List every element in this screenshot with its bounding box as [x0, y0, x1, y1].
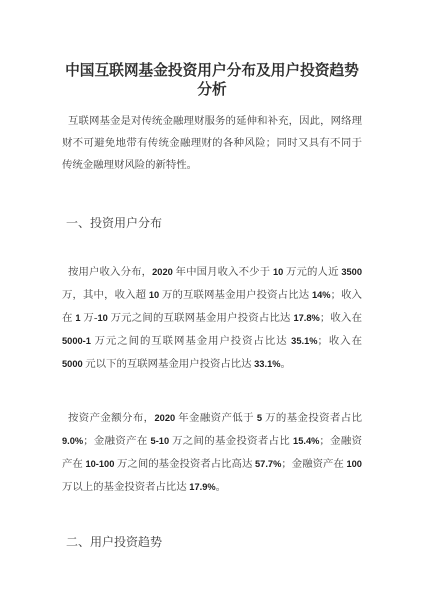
text-run: 万的互联网基金用户投资占比达 [159, 290, 312, 301]
numeric-run: 9.0% [62, 436, 83, 446]
text-run: 元以下的互联网基金用户投资占比达 [83, 359, 254, 370]
section-2-heading: 二、用户投资趋势 [62, 531, 362, 553]
numeric-run: 15.4% [293, 436, 319, 446]
text-run: 一、投资用户分布 [66, 216, 162, 230]
document-body: 互联网基金是对传统金融理财服务的延伸和补充，因此，网络理财不可避免地带有传统金融… [62, 111, 362, 553]
numeric-run: 2020 [155, 413, 176, 423]
numeric-run: 5000-1 [62, 336, 91, 346]
text-run: 万之间的基金投资者占比 [169, 436, 293, 447]
text-run: 万元之间的互联网基金用户投资占比达 [108, 313, 294, 324]
intro-paragraph: 互联网基金是对传统金融理财服务的延伸和补充，因此，网络理财不可避免地带有传统金融… [62, 111, 362, 177]
numeric-run: 100 [346, 459, 362, 469]
numeric-run: 3500 [341, 267, 362, 277]
text-run: 年中国月收入不少于 [173, 267, 273, 278]
text-run: ；收入在 [320, 313, 362, 324]
numeric-run: 5000 [62, 359, 83, 369]
numeric-run: 17.9% [189, 482, 215, 492]
text-run: 。 [216, 482, 226, 493]
text-run: 万元之间的互联网基金用户投资占比达 [91, 336, 291, 347]
numeric-run: 14% [312, 290, 331, 300]
numeric-run: 17.8% [293, 313, 319, 323]
text-run: 。 [281, 359, 291, 370]
text-run: 万元的人近 [283, 267, 341, 278]
text-run: 万以上的基金投资者占比达 [62, 482, 189, 493]
text-run: 按资产金额分布， [68, 413, 155, 424]
numeric-run: 10-100 [85, 459, 114, 469]
numeric-run: 10 [149, 290, 159, 300]
asset-distribution-paragraph: 按资产金额分布，2020 年金融资产低于 5 万的基金投资者占比 9.0%；金融… [62, 407, 362, 499]
document-page: 中国互联网基金投资用户分布及用户投资趋势分析 互联网基金是对传统金融理财服务的延… [0, 0, 424, 600]
text-run: 万的基金投资者占比 [262, 413, 362, 424]
document-title: 中国互联网基金投资用户分布及用户投资趋势分析 [62, 62, 362, 100]
numeric-run: 2020 [152, 267, 173, 277]
numeric-run: 10 [273, 267, 283, 277]
text-run: 按用户收入分布， [68, 267, 152, 278]
text-run: ；金融资产在 [83, 436, 150, 447]
text-run: ；收入在 [318, 336, 362, 347]
text-run: 二、用户投资趋势 [66, 535, 162, 549]
numeric-run: 33.1% [254, 359, 280, 369]
text-run: 万，其中，收入超 [62, 290, 149, 301]
numeric-run: 57.7% [255, 459, 281, 469]
numeric-run: 5-10 [151, 436, 170, 446]
income-distribution-paragraph: 按用户收入分布，2020 年中国月收入不少于 10 万元的人近 3500 万，其… [62, 261, 362, 376]
section-1-heading: 一、投资用户分布 [62, 212, 362, 234]
text-run: 万之间的基金投资者占比高达 [114, 459, 255, 470]
text-run: 年金融资产低于 [175, 413, 257, 424]
numeric-run: 10 [97, 313, 107, 323]
text-run: 万- [81, 313, 98, 324]
numeric-run: 35.1% [291, 336, 317, 346]
text-run: 互联网基金是对传统金融理财服务的延伸和补充，因此，网络理财不可避免地带有传统金融… [62, 116, 362, 171]
text-run: ；金融资产在 [281, 459, 346, 470]
